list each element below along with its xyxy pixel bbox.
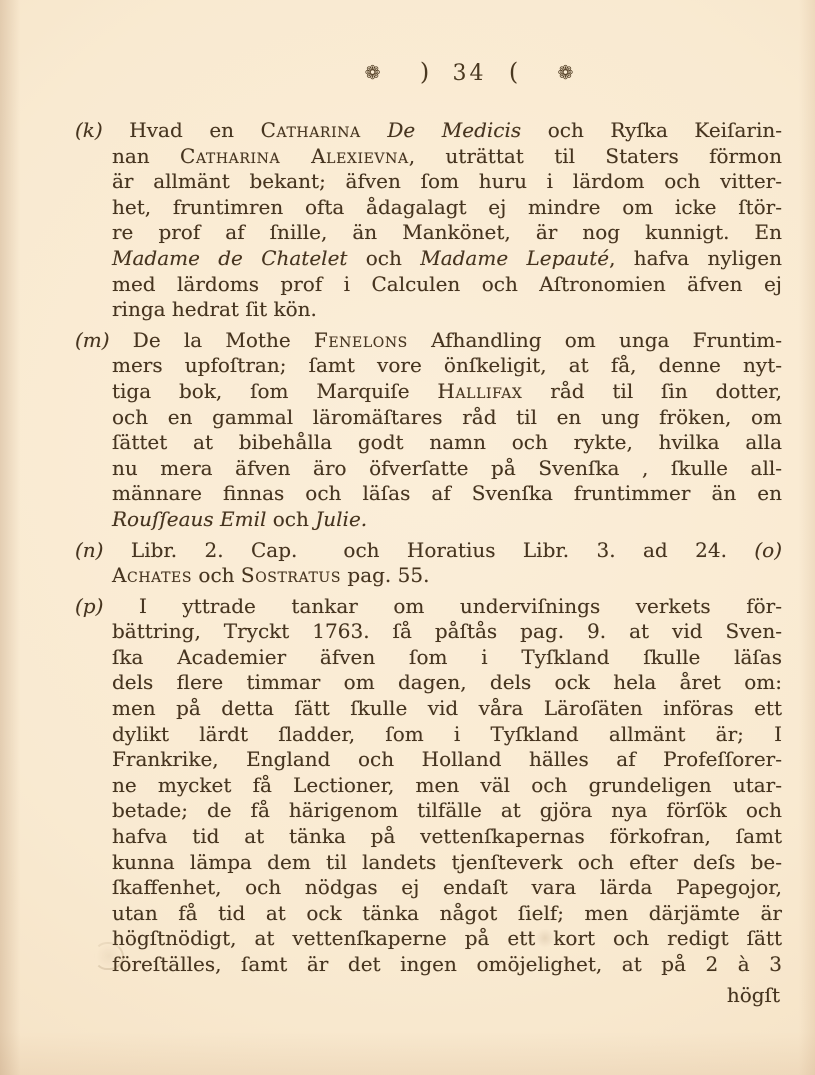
text-line: utan få tid at ock tänka något ſielf; me…: [112, 901, 782, 927]
page-number-close-bracket: (: [509, 58, 519, 86]
text-segment: (p): [75, 594, 103, 618]
text-segment: och: [192, 563, 241, 587]
text-line: (p) I yttrade tankar om underviſnings ve…: [112, 594, 782, 620]
text-line: (k) Hvad en Catharina De Medicis och Ryſ…: [112, 118, 782, 144]
text-segment: Julie.: [315, 507, 367, 531]
text-segment: ringa hedrat ſit kön.: [112, 297, 317, 321]
footnotes: (k) Hvad en Catharina De Medicis och Ryſ…: [75, 118, 782, 1008]
text-segment: De la Mothe: [110, 328, 314, 352]
text-segment: pag. 55.: [341, 563, 429, 587]
text-segment: ne mycket få Lectioner, men väl och grun…: [112, 773, 782, 797]
text-segment: mers upfoſtran; ſamt vore önſkeligit, at…: [112, 353, 782, 377]
text-segment: ſättet at bibehålla godt namn och rykte,…: [112, 430, 782, 454]
paper-smudge: [534, 928, 556, 948]
text-line: ſkaffenhet, och nödgas ej endaſt vara lä…: [112, 875, 782, 901]
text-segment: ſka Academier äfven ſom i Tyſkland ſkull…: [112, 645, 782, 669]
text-segment: och Horatius Libr. 3. ad 24.: [343, 538, 754, 562]
text-segment: (n): [75, 538, 104, 562]
text-segment: högſtnödigt, at vettenſkaperne på ett ko…: [112, 926, 782, 950]
text-line: dels flere timmar om dagen, dels ock hel…: [112, 670, 782, 696]
text-line: het, fruntimren ofta ådagalagt ej mindre…: [112, 195, 782, 221]
text-line: kunna lämpa dem til landets tjenſteverk …: [112, 850, 782, 876]
ink-blot: [94, 942, 124, 970]
text-segment: är allmänt bekant; äfven ſom huru i lärd…: [112, 169, 782, 193]
text-segment: Afhandling om unga Fruntim-: [408, 328, 782, 352]
text-line: ringa hedrat ſit kön.: [112, 297, 782, 323]
text-segment: (k): [75, 118, 103, 142]
text-line: betade; de få härigenom tilfälle at gjör…: [112, 798, 782, 824]
text-line: tiga bok, ſom Marquiſe Hallifax råd til …: [112, 379, 782, 405]
footnote-n: (n) Libr. 2. Cap. och Horatius Libr. 3. …: [75, 538, 782, 589]
text-segment: Catharina: [261, 118, 361, 142]
text-segment: Libr. 2. Cap.: [104, 538, 298, 562]
text-segment: nan: [112, 144, 180, 168]
text-line: ne mycket få Lectioner, men väl och grun…: [112, 773, 782, 799]
text-segment: Catharina Alexievna: [180, 144, 409, 168]
text-segment: men på detta ſätt ſkulle vid våra Läroſä…: [112, 696, 782, 720]
text-line: (n) Libr. 2. Cap. och Horatius Libr. 3. …: [112, 538, 782, 564]
text-line: Madame de Chatelet och Madame Lepauté, h…: [112, 246, 782, 272]
text-line: Rouſſeaus Emil och Julie.: [112, 507, 782, 533]
text-segment: bättring, Tryckt 1763. ſå påſtås pag. 9.…: [112, 619, 782, 643]
text-segment: I yttrade tankar om underviſnings verket…: [103, 594, 782, 618]
text-segment: föreſtälles, ſamt är det ingen omöjeligh…: [112, 952, 782, 976]
catchword: högſt: [75, 983, 782, 1009]
text-line: bättring, Tryckt 1763. ſå påſtås pag. 9.…: [112, 619, 782, 645]
text-line: Frankrike, England och Holland hälles af…: [112, 747, 782, 773]
text-line: männare finnas och läſas af Svenſka frun…: [112, 481, 782, 507]
footnote-k: (k) Hvad en Catharina De Medicis och Ryſ…: [75, 118, 782, 323]
catchword-text: högſt: [727, 983, 780, 1007]
text-segment: råd til ſin dotter,: [522, 379, 782, 403]
text-segment: De Medicis: [387, 118, 521, 142]
text-line: föreſtälles, ſamt är det ingen omöjeligh…: [112, 952, 782, 978]
text-segment: Fenelons: [314, 328, 408, 352]
book-page: ❁ ) 34 ( ❁ (k) Hvad en Catharina De Medi…: [0, 0, 815, 1075]
text-line: nu mera äfven äro öfverſatte på Svenſka …: [112, 456, 782, 482]
text-segment: (o): [754, 538, 782, 562]
text-segment: [361, 118, 388, 142]
text-segment: , hafva nyligen: [609, 246, 782, 270]
text-line: och en gammal läromäſtares råd til en un…: [112, 405, 782, 431]
text-segment: Rouſſeaus Emil: [112, 507, 266, 531]
text-segment: , uträttat til Staters förmon: [409, 144, 782, 168]
text-segment: männare finnas och läſas af Svenſka frun…: [112, 481, 782, 505]
footnote-p: (p) I yttrade tankar om underviſnings ve…: [75, 594, 782, 978]
text-line: är allmänt bekant; äfven ſom huru i lärd…: [112, 169, 782, 195]
text-segment: het, fruntimren ofta ådagalagt ej mindre…: [112, 195, 782, 219]
text-segment: hafva tid at tänka på vettenſkapernas fö…: [112, 824, 782, 848]
text-segment: med lärdoms prof i Calculen och Aſtronom…: [112, 272, 782, 296]
text-segment: dylikt lärdt ſladder, ſom i Tyſkland all…: [112, 722, 782, 746]
text-segment: Hallifax: [437, 379, 522, 403]
page-header: ❁ ) 34 ( ❁: [62, 58, 815, 86]
text-line: dylikt lärdt ſladder, ſom i Tyſkland all…: [112, 722, 782, 748]
text-line: ſka Academier äfven ſom i Tyſkland ſkull…: [112, 645, 782, 671]
text-segment: och: [347, 246, 420, 270]
text-line: men på detta ſätt ſkulle vid våra Läroſä…: [112, 696, 782, 722]
text-segment: och en gammal läromäſtares råd til en un…: [112, 405, 782, 429]
printer-ornament-icon: ❁: [365, 62, 382, 84]
text-line: ſättet at bibehålla godt namn och rykte,…: [112, 430, 782, 456]
text-line: nan Catharina Alexievna, uträttat til St…: [112, 144, 782, 170]
text-segment: re prof af ſnille, än Mankönet, är nog k…: [112, 220, 782, 244]
text-segment: betade; de få härigenom tilfälle at gjör…: [112, 798, 782, 822]
text-line: högſtnödigt, at vettenſkaperne på ett ko…: [112, 926, 782, 952]
text-segment: dels flere timmar om dagen, dels ock hel…: [112, 670, 782, 694]
page-number-open-bracket: ): [420, 58, 430, 86]
text-segment: Hvad en: [103, 118, 261, 142]
text-segment: (m): [75, 328, 110, 352]
text-line: mers upfoſtran; ſamt vore önſkeligit, at…: [112, 353, 782, 379]
text-line: med lärdoms prof i Calculen och Aſtronom…: [112, 272, 782, 298]
text-segment: Madame Lepauté: [420, 246, 609, 270]
text-segment: Frankrike, England och Holland hälles af…: [112, 747, 782, 771]
text-segment: nu mera äfven äro öfverſatte på Svenſka …: [112, 456, 782, 480]
text-segment: Madame de Chatelet: [112, 246, 347, 270]
text-line: hafva tid at tänka på vettenſkapernas fö…: [112, 824, 782, 850]
printer-ornament-icon: ❁: [558, 62, 575, 84]
text-segment: tiga bok, ſom Marquiſe: [112, 379, 437, 403]
text-segment: och Ryſka Keiſarin-: [521, 118, 782, 142]
text-line: Achates och Sostratus pag. 55.: [112, 563, 782, 589]
text-segment: Sostratus: [241, 563, 341, 587]
text-segment: ſkaffenhet, och nödgas ej endaſt vara lä…: [112, 875, 782, 899]
text-segment: kunna lämpa dem til landets tjenſteverk …: [112, 850, 782, 874]
text-line: (m) De la Mothe Fenelons Afhandling om u…: [112, 328, 782, 354]
text-line: re prof af ſnille, än Mankönet, är nog k…: [112, 220, 782, 246]
text-segment: Achates: [112, 563, 192, 587]
page-number: 34: [453, 61, 487, 86]
text-segment: och: [266, 507, 315, 531]
text-segment: utan få tid at ock tänka något ſielf; me…: [112, 901, 782, 925]
footnote-m: (m) De la Mothe Fenelons Afhandling om u…: [75, 328, 782, 533]
